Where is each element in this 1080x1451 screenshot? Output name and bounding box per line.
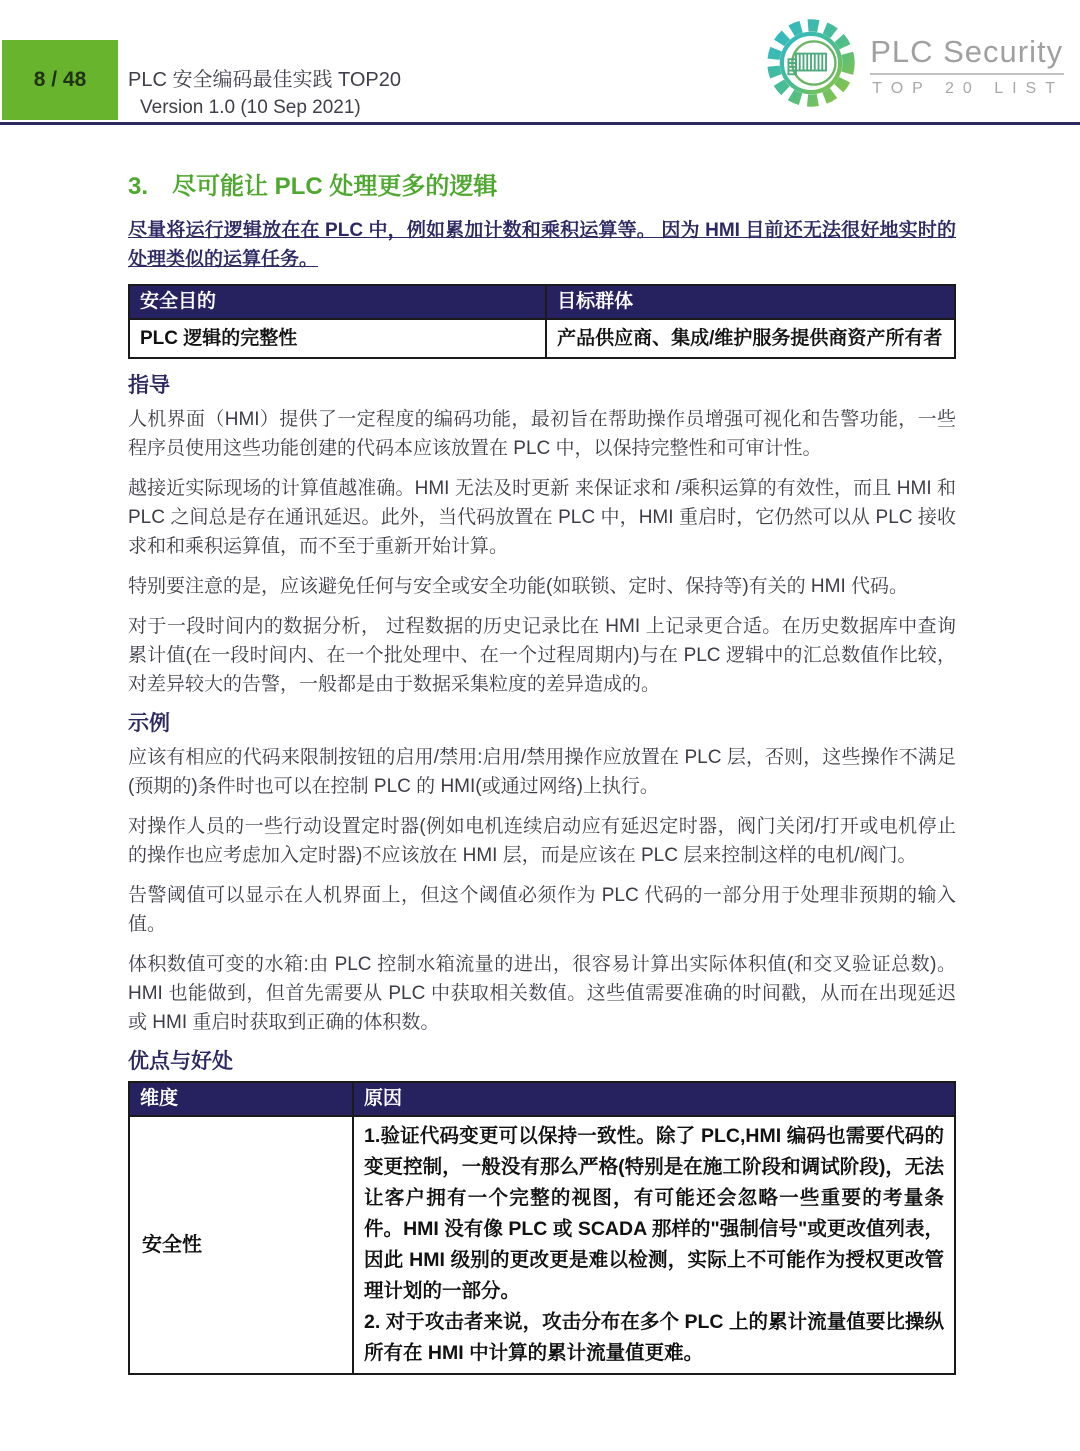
cell-dimension: 安全性	[129, 1116, 353, 1374]
target-group-table: 安全目的 目标群体 PLC 逻辑的完整性 产品供应商、集成/维护服务提供商资产所…	[128, 284, 956, 359]
logo-text: PLC Security TOP 20 LIST	[870, 34, 1064, 98]
column-header-target-group: 目标群体	[546, 285, 955, 319]
example-paragraph: 对操作人员的一些行动设置定时器(例如电机连续启动应有延迟定时器，阀门关闭/打开或…	[128, 812, 956, 870]
section-title: 3. 尽可能让 PLC 处理更多的逻辑	[128, 172, 956, 202]
column-header-dimension: 维度	[129, 1082, 353, 1116]
table-row: PLC 逻辑的完整性 产品供应商、集成/维护服务提供商资产所有者	[129, 319, 955, 358]
plc-security-logo: PLC Security TOP 20 LIST	[764, 16, 1064, 115]
examples-heading: 示例	[128, 711, 956, 737]
logo-subtitle: TOP 20 LIST	[870, 80, 1064, 98]
guidance-paragraph: 特别要注意的是，应该避免任何与安全或安全功能(如联锁、定时、保持等)有关的 HM…	[128, 572, 956, 601]
guidance-paragraph: 对于一段时间内的数据分析， 过程数据的历史记录比在 HMI 上记录更合适。在历史…	[128, 612, 956, 699]
benefits-table: 维度 原因 安全性 1.验证代码变更可以保持一致性。除了 PLC,HMI 编码也…	[128, 1081, 956, 1375]
reason-item: 1.验证代码变更可以保持一致性。除了 PLC,HMI 编码也需要代码的变更控制，…	[364, 1121, 944, 1307]
page-content: 3. 尽可能让 PLC 处理更多的逻辑 尽量将运行逻辑放在在 PLC 中，例如累…	[128, 158, 956, 1375]
benefits-heading: 优点与好处	[128, 1049, 956, 1075]
section-intro: 尽量将运行逻辑放在在 PLC 中，例如累加计数和乘积运算等。 因为 HMI 目前…	[128, 216, 956, 274]
table-row: 安全性 1.验证代码变更可以保持一致性。除了 PLC,HMI 编码也需要代码的变…	[129, 1116, 955, 1374]
cell-target-group: 产品供应商、集成/维护服务提供商资产所有者	[546, 319, 955, 358]
cell-security-objective: PLC 逻辑的完整性	[129, 319, 546, 358]
page-number: 8 / 48	[34, 68, 87, 92]
example-paragraph: 告警阈值可以显示在人机界面上，但这个阈值必须作为 PLC 代码的一部分用于处理非…	[128, 881, 956, 939]
guidance-paragraph: 人机界面（HMI）提供了一定程度的编码功能，最初旨在帮助操作员增强可视化和告警功…	[128, 405, 956, 463]
table-header-row: 安全目的 目标群体	[129, 285, 955, 319]
column-header-security-objective: 安全目的	[129, 285, 546, 319]
document-page: 8 / 48 PLC 安全编码最佳实践 TOP20 Version 1.0 (1…	[0, 0, 1080, 1451]
doc-title: PLC 安全编码最佳实践 TOP20	[128, 66, 401, 94]
cell-reasons: 1.验证代码变更可以保持一致性。除了 PLC,HMI 编码也需要代码的变更控制，…	[353, 1116, 955, 1374]
column-header-reason: 原因	[353, 1082, 955, 1116]
guidance-paragraph: 越接近实际现场的计算值越准确。HMI 无法及时更新 来保证求和 /乘积运算的有效…	[128, 474, 956, 561]
example-paragraph: 应该有相应的代码来限制按钮的启用/禁用:启用/禁用操作应放置在 PLC 层，否则…	[128, 743, 956, 801]
example-paragraph: 体积数值可变的水箱:由 PLC 控制水箱流量的进出，很容易计算出实际体积值(和交…	[128, 950, 956, 1037]
header-divider	[0, 122, 1080, 125]
header-titles: PLC 安全编码最佳实践 TOP20 Version 1.0 (10 Sep 2…	[128, 66, 401, 122]
reason-item: 2. 对于攻击者来说，攻击分布在多个 PLC 上的累计流量值要比操纵所有在 HM…	[364, 1307, 944, 1369]
table-header-row: 维度 原因	[129, 1082, 955, 1116]
guidance-heading: 指导	[128, 373, 956, 399]
doc-version: Version 1.0 (10 Sep 2021)	[128, 94, 401, 122]
gear-plc-icon	[764, 16, 858, 115]
logo-title: PLC Security	[870, 34, 1064, 75]
page-number-badge: 8 / 48	[2, 40, 118, 120]
